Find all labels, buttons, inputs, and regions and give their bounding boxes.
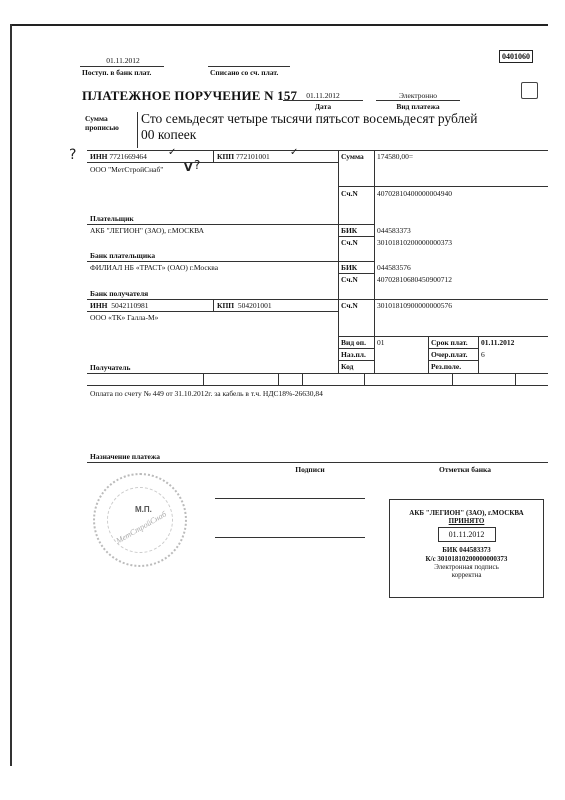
bank-acceptance-stamp: АКБ "ЛЕГИОН" (ЗАО), г.МОСКВА ПРИНЯТО 01.… [389,499,544,598]
received-line [80,66,164,67]
grid-line [87,224,338,225]
grid-line [338,336,548,337]
payee-role-label: Получатель [90,363,130,372]
grid-line [338,261,374,262]
date-label: Дата [283,102,363,111]
page-title: ПЛАТЕЖНОЕ ПОРУЧЕНИЕ N 157 [82,88,297,104]
date-line [283,100,363,101]
stamp-bank-name: АКБ "ЛЕГИОН" (ЗАО), г.МОСКВА [390,509,543,517]
empty-checkbox [521,82,538,99]
payer-bank-bik-label: БИК [341,226,357,235]
due-label: Срок плат. [431,338,468,347]
payee-bank-bik: 044583576 [377,263,411,272]
purpose-line [87,462,548,463]
stamp-date: 01.11.2012 [438,527,496,542]
payee-bank-account-label: Сч.N [341,275,358,284]
handwritten-check-icon: ✓ [168,147,176,158]
frame-top-border [10,24,548,26]
handwritten-check-icon: ✓ [290,147,298,158]
grid-line [452,373,453,385]
payee-name: ООО «ТК» Галла-М» [90,313,158,322]
seal-label: М.П. [135,505,152,514]
payer-role-label: Плательщик [90,214,134,223]
company-seal: М.П. МетСтройСнаб [93,473,187,567]
payee-bank-account: 40702810680450900712 [377,275,452,284]
payment-type-line [376,100,460,101]
payer-account-label: Сч.N [341,189,358,198]
grid-line [87,261,338,262]
payee-kpp: КПП 504201001 [217,301,272,310]
payer-amount-label: Сумма [341,152,364,161]
purpose-label: Назначение платежа [90,452,160,461]
grid-line [338,360,374,361]
priority: 6 [481,350,485,359]
grid-line [338,236,374,237]
stamp-bik: БИК 044583373 [390,546,543,554]
amount-words: Сто семьдесят четыре тысячи пятьсот восе… [141,111,477,143]
grid-line [87,385,548,386]
received-label: Поступ. в банк плат. [82,68,151,77]
grid-line [203,373,204,385]
op-type-label: Вид оп. [341,338,366,347]
signatures-label: Подписи [270,465,350,474]
payment-type-value: Электронно [376,91,460,100]
grid-line [87,311,338,312]
payer-inn: ИНН 7721669464 [90,152,147,161]
purpose-text: Оплата по счету № 449 от 31.10.2012г. за… [90,389,323,398]
amount-words-line1: Сто семьдесят четыре тысячи пятьсот восе… [141,111,477,127]
stamp-corr-account: К/с 30101810200000000373 [390,555,543,563]
payer-account: 40702810400000004940 [377,189,452,198]
payee-account-label: Сч.N [341,301,358,310]
signature-line-1 [215,498,365,499]
payer-bank-name: АКБ "ЛЕГИОН" (ЗАО), г.МОСКВА [90,226,204,235]
payee-inn-value: 5042110981 [111,301,148,310]
payee-bank-bik-label: БИК [341,263,357,272]
payee-account: 30101810900000000576 [377,301,452,310]
payer-inn-label: ИНН [90,152,108,161]
payer-amount: 174580,00= [377,152,413,161]
stamp-signature-line2: корректна [390,571,543,579]
grid-line [302,373,303,385]
reserve-label: Рез.поле. [431,362,461,371]
amount-words-line2: 00 копеек [141,127,477,143]
payer-inn-value: 7721669464 [109,152,147,161]
grid-line [338,186,548,187]
grid-line [364,373,365,385]
grid-line [428,336,429,373]
purpose-code-label: Наз.пл. [341,350,366,359]
grid-line [428,360,478,361]
grid-line [87,373,548,374]
date-value: 01.11.2012 [283,91,363,100]
payer-bank-account: 30101810200000000373 [377,238,452,247]
debited-label: Списано со сч. плат. [210,68,278,77]
grid-line [87,299,548,300]
grid-line [87,150,548,151]
payer-name: ООО "МетСтройСнаб" [90,165,163,174]
code-label: Код [341,362,353,371]
stamp-signature-line1: Электронная подпись [390,563,543,571]
grid-line [338,348,374,349]
debited-line [208,66,290,67]
payer-kpp: КПП 772101001 [217,152,270,161]
bank-marks-label: Отметки банка [410,465,520,474]
grid-line [374,150,375,373]
grid-line [338,273,374,274]
frame-left-border [10,24,12,766]
payee-kpp-label: КПП [217,301,234,310]
grid-line [278,373,279,385]
amount-words-divider [137,112,138,148]
op-type: 01 [377,338,385,347]
grid-line [213,150,214,162]
amount-words-label: Сумма прописью [85,114,119,132]
grid-line [338,224,374,225]
payee-inn: ИНН 5042110981 [90,301,149,310]
payer-kpp-value: 772101001 [236,152,270,161]
handwritten-v-icon: V [184,161,193,174]
form-code: 0401060 [499,50,533,63]
handwritten-question-icon: ? [194,158,200,172]
payment-type-label: Вид платежа [376,102,460,111]
payer-bank-role-label: Банк плательщика [90,251,155,260]
grid-line [428,348,478,349]
amount-words-label-line1: Сумма [85,114,119,123]
grid-line [338,150,339,373]
grid-line [515,373,516,385]
grid-line [213,299,214,311]
payee-bank-name: ФИЛИАЛ НБ «ТРАСТ» (ОАО) г.Москва [90,263,218,272]
signature-line-2 [215,537,365,538]
amount-words-label-line2: прописью [85,123,119,132]
grid-line [478,336,479,373]
payer-bank-bik: 044583373 [377,226,411,235]
priority-label: Очер.плат. [431,350,468,359]
payee-bank-role-label: Банк получателя [90,289,148,298]
received-date: 01.11.2012 [82,56,164,65]
payee-kpp-value: 504201001 [238,301,272,310]
handwritten-question-icon: ? [69,147,76,163]
payer-bank-account-label: Сч.N [341,238,358,247]
due: 01.11.2012 [481,338,514,347]
payee-inn-label: ИНН [90,301,108,310]
grid-line [87,162,338,163]
payer-kpp-label: КПП [217,152,234,161]
stamp-status: ПРИНЯТО [390,517,543,525]
